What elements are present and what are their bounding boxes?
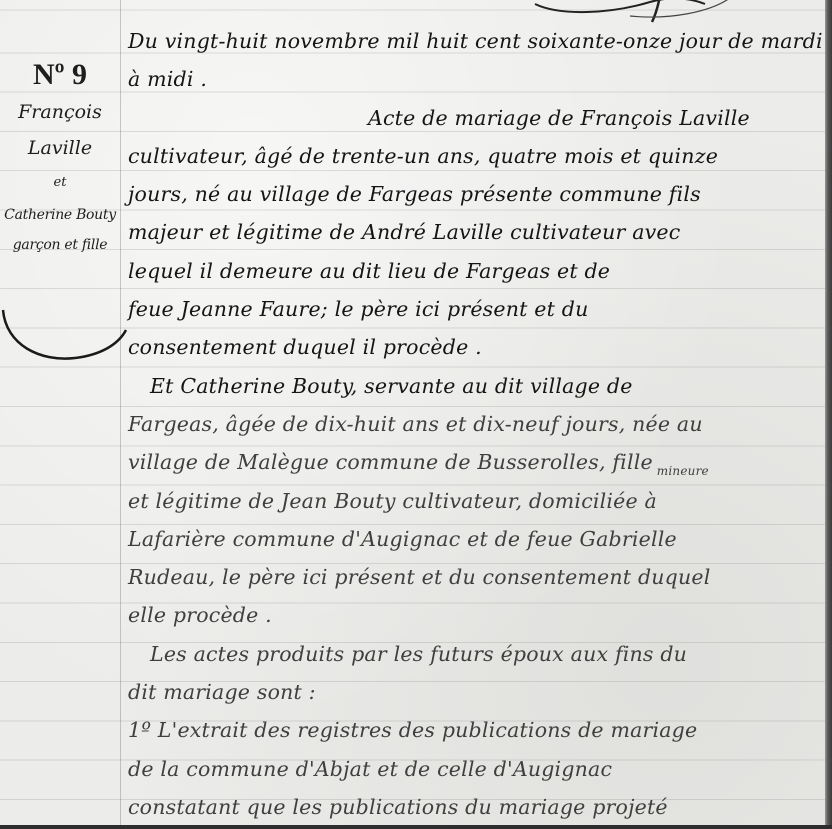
body-line: dit mariage sont :	[128, 673, 818, 711]
body-line: majeur et légitime de André Laville cult…	[128, 213, 818, 251]
body-line: 1º L'extrait des registres des publicati…	[128, 711, 818, 749]
body-line: consentement duquel il procède .	[128, 328, 818, 366]
body-line: Lafarière commune d'Augignac et de feue …	[128, 520, 818, 558]
body-line: Du vingt-huit novembre mil huit cent soi…	[128, 22, 818, 60]
inline-annotation: mineure	[657, 464, 709, 478]
body-line-act-title: Acte de mariage de François Laville	[128, 99, 818, 137]
body-line: Fargeas, âgée de dix-huit ans et dix-neu…	[128, 405, 818, 443]
body-line: cultivateur, âgé de trente-un ans, quatr…	[128, 137, 818, 175]
signature-flourish-icon	[530, 0, 730, 24]
body-line: elle procède .	[128, 596, 818, 634]
body-line: à midi .	[128, 60, 818, 98]
margin-note: Nº 9 François Laville et Catherine Bouty…	[0, 50, 120, 260]
body-line: de la commune d'Abjat et de celle d'Augi…	[128, 750, 818, 788]
page-edge-bottom	[0, 825, 832, 829]
body-line-documents-intro: Les actes produits par les futurs époux …	[128, 635, 818, 673]
body-line: feue Jeanne Faure; le père ici présent e…	[128, 290, 818, 328]
margin-groom-last-name: Laville	[0, 130, 120, 166]
margin-bride-name: Catherine Bouty	[0, 200, 120, 230]
margin-groom-first-name: François	[0, 94, 120, 130]
body-line: village de Malègue commune de Busserolle…	[128, 443, 818, 481]
page-edge-right	[825, 0, 832, 829]
body-line: et légitime de Jean Bouty cultivateur, d…	[128, 482, 818, 520]
document-page: Nº 9 François Laville et Catherine Bouty…	[0, 0, 832, 829]
margin-brace-icon	[0, 300, 130, 370]
body-line: Rudeau, le père ici présent et du consen…	[128, 558, 818, 596]
act-body: Du vingt-huit novembre mil huit cent soi…	[128, 22, 818, 826]
body-line: lequel il demeure au dit lieu de Fargeas…	[128, 252, 818, 290]
margin-rule	[120, 0, 121, 829]
body-line-bride-intro: Et Catherine Bouty, servante au dit vill…	[128, 367, 818, 405]
margin-conjunction: et	[0, 166, 120, 200]
body-line: constatant que les publications du maria…	[128, 788, 818, 826]
body-line: jours, né au village de Fargeas présente…	[128, 175, 818, 213]
act-number: Nº 9	[0, 56, 120, 94]
margin-marital-status: garçon et fille	[0, 230, 120, 260]
